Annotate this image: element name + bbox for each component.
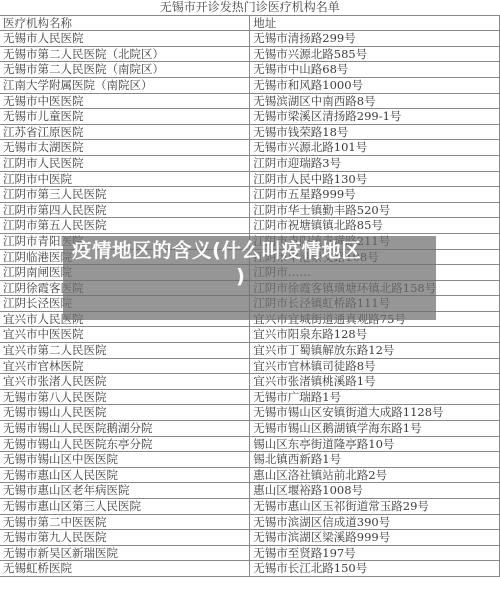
table-header-row: 医疗机构名称 地址 — [0, 15, 500, 31]
hospital-name-cell: 无锡市新吴区新瑞医院 — [0, 545, 250, 561]
table-row: 无锡市第八人民医院无锡市广瑞路1号 — [0, 389, 500, 405]
table-title-row: 无锡市开诊发热门诊医疗机构名单 — [0, 0, 500, 15]
table-row: 宜兴市官林医院宜兴市官林镇司徒路8号 — [0, 358, 500, 374]
address-cell: 惠山区堰裕路1008号 — [250, 483, 500, 499]
hospital-name-cell: 无锡市惠山区人民医院 — [0, 467, 250, 483]
column-header-name: 医疗机构名称 — [0, 15, 250, 31]
hospital-name-cell: 宜兴市张渚人民医院 — [0, 374, 250, 390]
address-cell: 无锡市清扬路299号 — [250, 31, 500, 47]
hospital-name-cell: 宜兴市官林医院 — [0, 358, 250, 374]
address-cell: 江阴市华士镇勤丰路520号 — [250, 202, 500, 218]
address-cell: 无锡市梁溪区清扬路299-1号 — [250, 109, 500, 125]
table-row: 江阴市第四人民医院江阴市华士镇勤丰路520号 — [0, 202, 500, 218]
table-row: 无锡市儿童医院无锡市梁溪区清扬路299-1号 — [0, 109, 500, 125]
hospital-name-cell: 无锡市第九人民医院 — [0, 530, 250, 546]
table-row: 无锡市太湖医院无锡市兴源北路101号 — [0, 140, 500, 156]
table-row: 江阴市第五人民医院江阴市祝塘镇镇北路85号 — [0, 218, 500, 234]
address-cell: 江阴市人民中路130号 — [250, 171, 500, 187]
address-cell: 宜兴市阳泉东路128号 — [250, 327, 500, 343]
hospital-name-cell: 无锡市锡山人民医院 — [0, 405, 250, 421]
table-row: 江苏省江原医院无锡市钱荣路18号 — [0, 124, 500, 140]
address-cell: 无锡市滨湖区梁溪路999号 — [250, 530, 500, 546]
hospital-name-cell: 无锡市第二人民医院（南院区） — [0, 62, 250, 78]
address-cell: 无锡市中山路68号 — [250, 62, 500, 78]
address-cell: 无锡市滨湖区信成道390号 — [250, 514, 500, 530]
table-row: 无锡市中医医院无锡滨湖区中南西路8号 — [0, 93, 500, 109]
table-row: 无锡市惠山区人民医院惠山区洛社镇站前北路2号 — [0, 467, 500, 483]
hospital-name-cell: 江阴市第四人民医院 — [0, 202, 250, 218]
address-cell: 无锡市广瑞路1号 — [250, 389, 500, 405]
address-cell: 江阴市祝塘镇镇北路85号 — [250, 218, 500, 234]
hospital-name-cell: 无锡市第二中医医院 — [0, 514, 250, 530]
table-title: 无锡市开诊发热门诊医疗机构名单 — [0, 0, 500, 15]
hospital-name-cell: 江南大学附属医院（南院区） — [0, 77, 250, 93]
hospital-name-cell: 无锡市锡山人民医院东亭分院 — [0, 436, 250, 452]
address-cell: 锡北镇西新路1号 — [250, 452, 500, 468]
address-cell: 宜兴市张渚镇桃溪路1号 — [250, 374, 500, 390]
hospital-name-cell: 无锡市人民医院 — [0, 31, 250, 47]
table-row: 江阴市中医院江阴市人民中路130号 — [0, 171, 500, 187]
address-cell: 江阴市五星路999号 — [250, 187, 500, 203]
hospital-name-cell: 无锡市惠山区老年病医院 — [0, 483, 250, 499]
address-cell: 江阴市迎瑞路3号 — [250, 155, 500, 171]
overlay-caption-line1: 疫情地区的含义(什么叫疫情地区 — [72, 238, 432, 264]
address-cell: 锡山区东亭街道隆亭路10号 — [250, 436, 500, 452]
table-row: 无锡市新吴区新瑞医院无锡市至贤路197号 — [0, 545, 500, 561]
table-row: 无锡市惠山区第三人民医院无锡市惠山区玉祁街道常玉路29号 — [0, 499, 500, 515]
hospital-name-cell: 宜兴市第二人民医院 — [0, 343, 250, 359]
table-row: 无锡市锡山人民医院东亭分院锡山区东亭街道隆亭路10号 — [0, 436, 500, 452]
address-cell: 无锡滨湖区中南西路8号 — [250, 93, 500, 109]
table-row: 无锡市锡山人民医院无锡市锡山区安镇街道大成路1128号 — [0, 405, 500, 421]
address-cell: 无锡市锡山区鹅湖镇学海东路1号 — [250, 421, 500, 437]
spreadsheet: 无锡市开诊发热门诊医疗机构名单 医疗机构名称 地址 无锡市人民医院无锡市清扬路2… — [0, 0, 500, 593]
address-cell: 无锡市长江北路150号 — [250, 561, 500, 577]
hospital-name-cell: 江阴市第五人民医院 — [0, 218, 250, 234]
table-row: 江南大学附属医院（南院区）无锡市和风路1000号 — [0, 77, 500, 93]
hospital-name-cell: 无锡市太湖医院 — [0, 140, 250, 156]
table-row: 江阴市人民医院江阴市迎瑞路3号 — [0, 155, 500, 171]
table-row: 无锡市惠山区老年病医院惠山区堰裕路1008号 — [0, 483, 500, 499]
table-row: 无锡市第二人民医院（南院区）无锡市中山路68号 — [0, 62, 500, 78]
hospital-name-cell: 无锡市第八人民医院 — [0, 389, 250, 405]
hospital-name-cell: 无锡虹桥医院 — [0, 561, 250, 577]
hospital-name-cell: 无锡市儿童医院 — [0, 109, 250, 125]
address-cell: 宜兴市丁蜀镇解放东路12号 — [250, 343, 500, 359]
overlay-caption: 疫情地区的含义(什么叫疫情地区 ) — [72, 238, 432, 290]
table-row: 江阴市第三人民医院江阴市五星路999号 — [0, 187, 500, 203]
overlay-caption-line2: ) — [72, 264, 432, 290]
table-row: 无锡虹桥医院无锡市长江北路150号 — [0, 561, 500, 577]
hospital-name-cell: 无锡市中医医院 — [0, 93, 250, 109]
table-row: 无锡市第二中医医院无锡市滨湖区信成道390号 — [0, 514, 500, 530]
hospital-name-cell: 江阴市第三人民医院 — [0, 187, 250, 203]
table-row: 无锡市人民医院无锡市清扬路299号 — [0, 31, 500, 47]
hospital-name-cell: 江阴市人民医院 — [0, 155, 250, 171]
table-row: 宜兴市第二人民医院宜兴市丁蜀镇解放东路12号 — [0, 343, 500, 359]
table-row: 宜兴市张渚人民医院宜兴市张渚镇桃溪路1号 — [0, 374, 500, 390]
hospital-name-cell: 无锡市锡山人民医院鹅湖分院 — [0, 421, 250, 437]
hospital-name-cell: 无锡市锡山区中医医院 — [0, 452, 250, 468]
column-header-address: 地址 — [250, 15, 500, 31]
address-cell: 无锡市锡山区安镇街道大成路1128号 — [250, 405, 500, 421]
table-row: 无锡市第九人民医院无锡市滨湖区梁溪路999号 — [0, 530, 500, 546]
table-row: 无锡市锡山人民医院鹅湖分院无锡市锡山区鹅湖镇学海东路1号 — [0, 421, 500, 437]
address-cell: 无锡市兴源北路585号 — [250, 46, 500, 62]
address-cell: 宜兴市官林镇司徒路8号 — [250, 358, 500, 374]
address-cell: 无锡市惠山区玉祁街道常玉路29号 — [250, 499, 500, 515]
address-cell: 惠山区洛社镇站前北路2号 — [250, 467, 500, 483]
address-cell: 无锡市至贤路197号 — [250, 545, 500, 561]
table-row: 无锡市锡山区中医医院锡北镇西新路1号 — [0, 452, 500, 468]
table-row: 宜兴市中医医院宜兴市阳泉东路128号 — [0, 327, 500, 343]
table-row: 无锡市第二人民医院（北院区）无锡市兴源北路585号 — [0, 46, 500, 62]
address-cell: 无锡市钱荣路18号 — [250, 124, 500, 140]
hospital-name-cell: 江阴市中医院 — [0, 171, 250, 187]
address-cell: 无锡市和风路1000号 — [250, 77, 500, 93]
hospital-name-cell: 宜兴市中医医院 — [0, 327, 250, 343]
hospital-name-cell: 江苏省江原医院 — [0, 124, 250, 140]
hospital-name-cell: 无锡市第二人民医院（北院区） — [0, 46, 250, 62]
hospital-name-cell: 无锡市惠山区第三人民医院 — [0, 499, 250, 515]
address-cell: 无锡市兴源北路101号 — [250, 140, 500, 156]
